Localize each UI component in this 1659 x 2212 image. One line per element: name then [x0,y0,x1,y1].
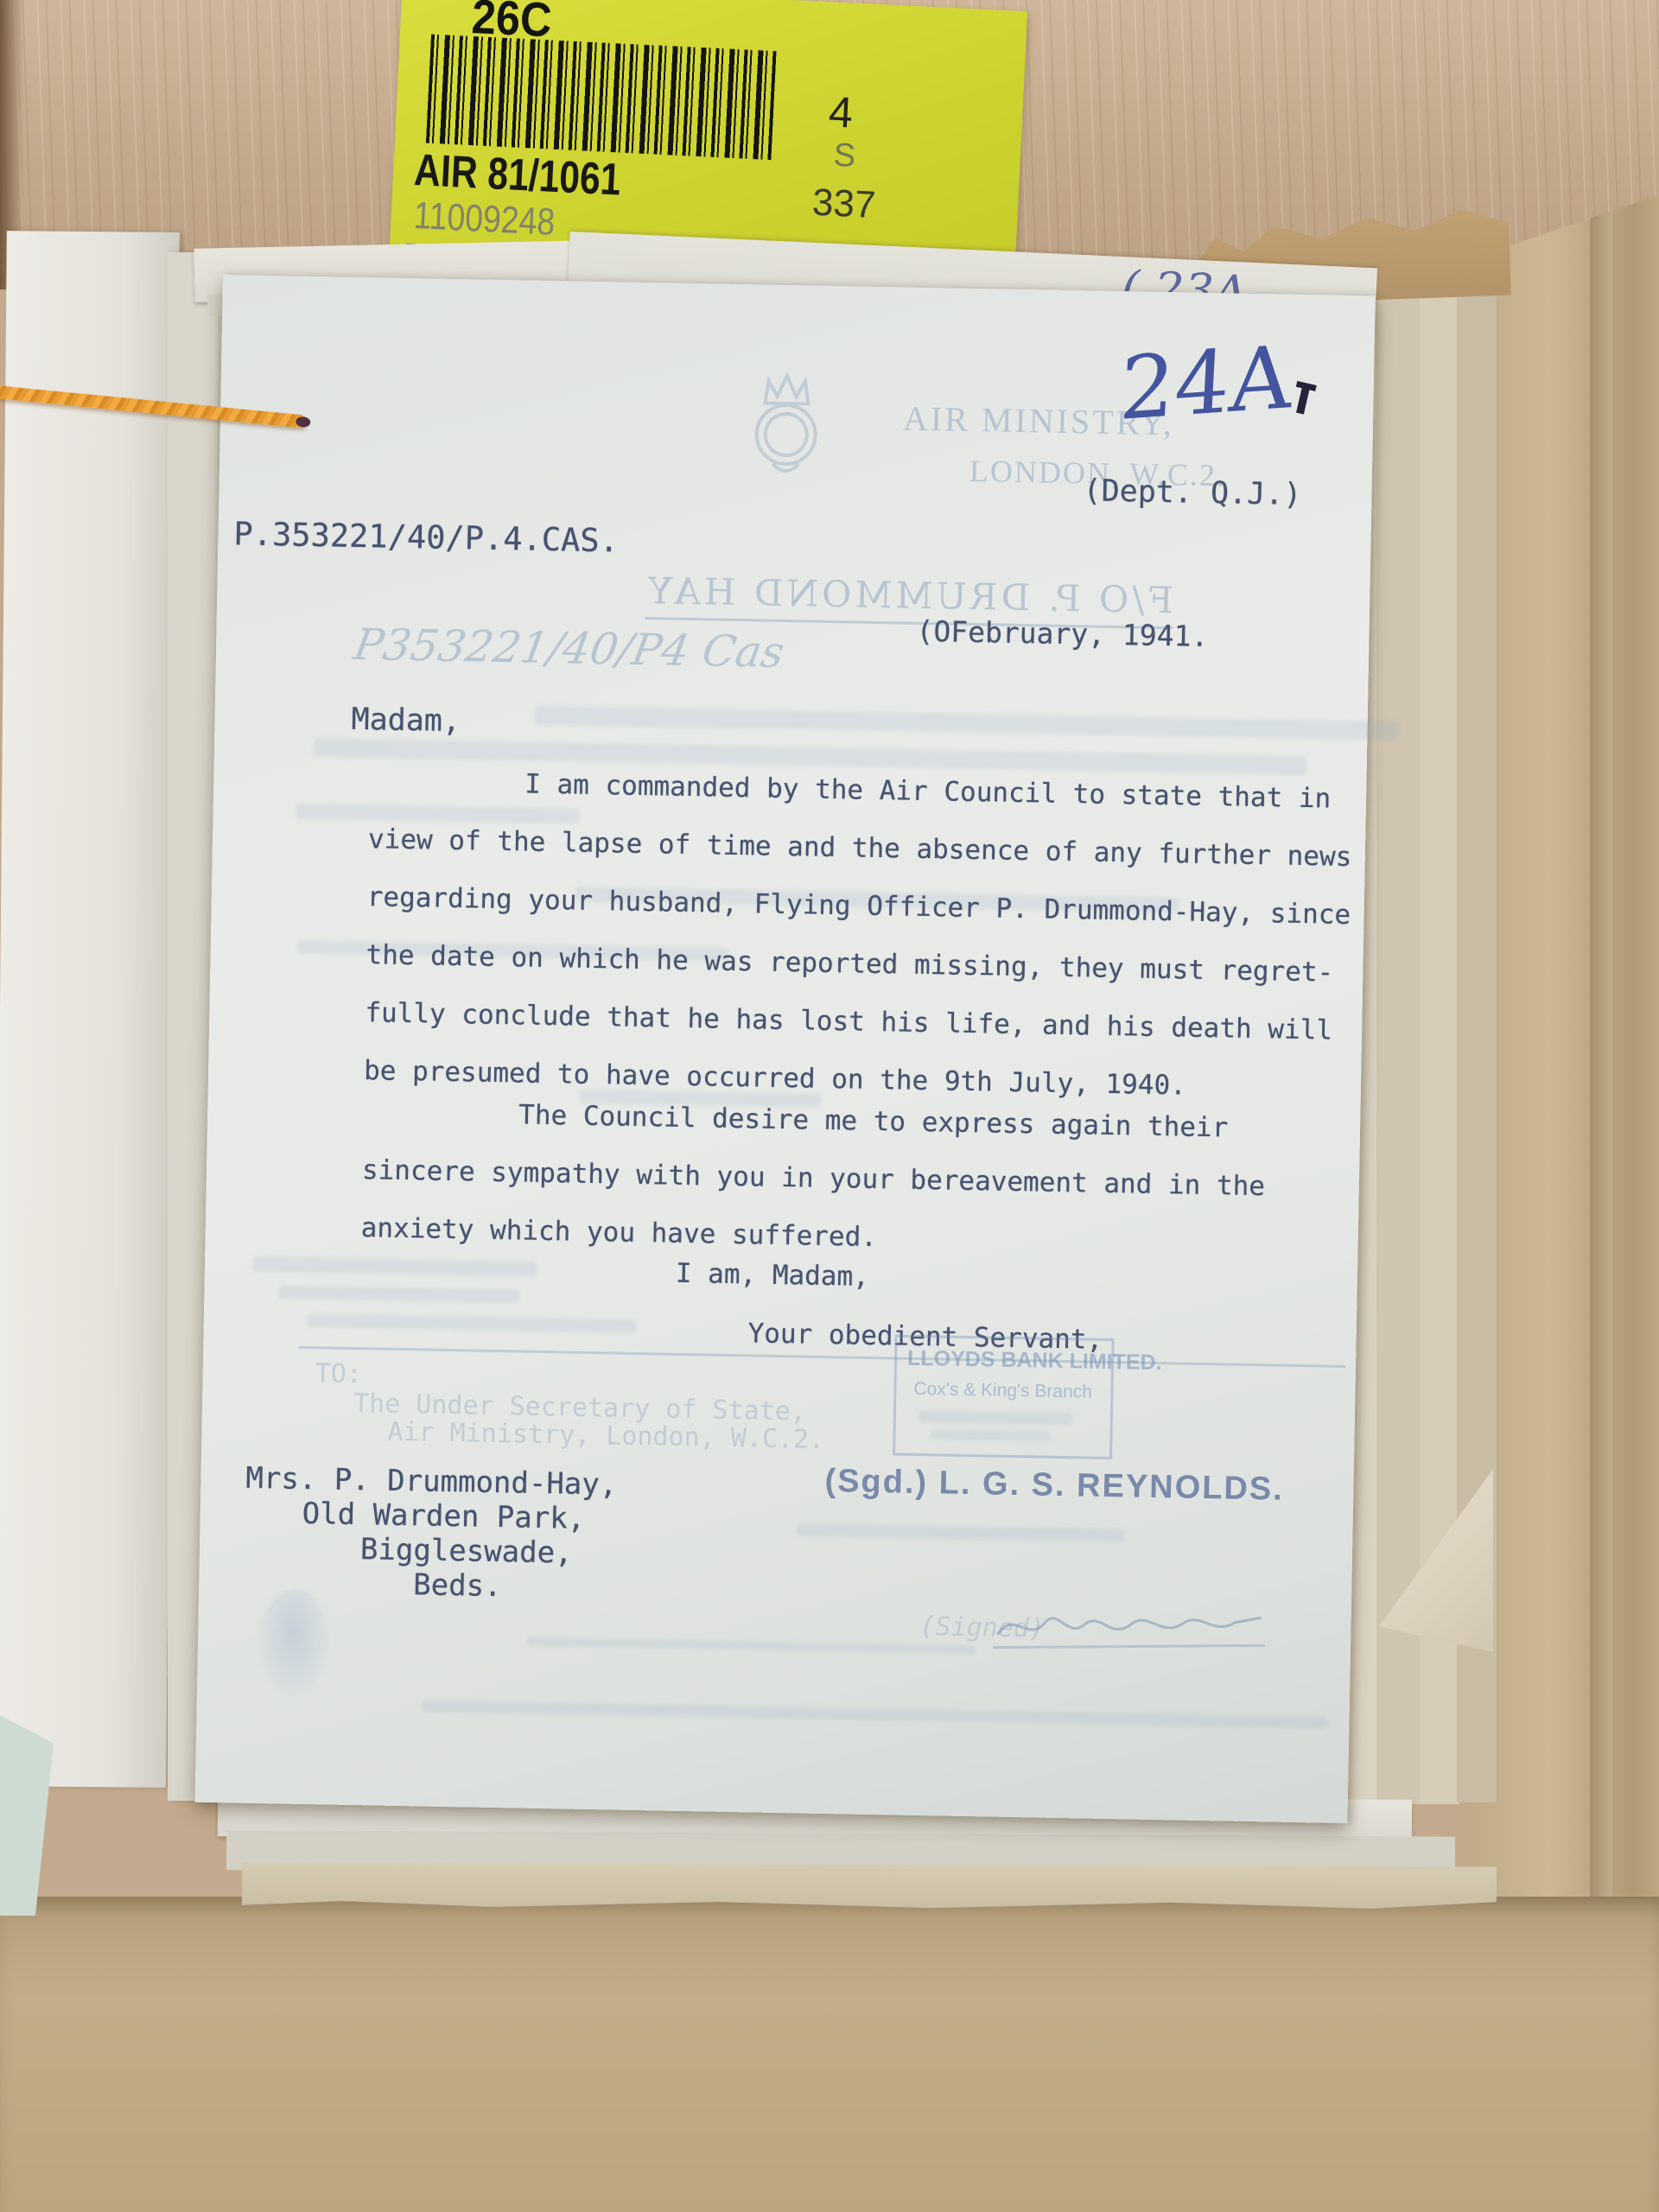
showthrough-text-bar [252,1256,537,1277]
body-line: anxiety which you have suffered. [360,1212,877,1253]
showthrough-text-bar [308,1313,636,1333]
recipient-line: Mrs. P. Drummond-Hay, [245,1461,618,1503]
body-line: I am commanded by the Air Council to sta… [524,769,1332,815]
label-side-count: 337 [811,181,877,227]
showthrough-text-bar [918,1410,1073,1425]
showthrough-text-bar [930,1429,1051,1442]
bottom-sheet-edge [242,1862,1497,1911]
bank-stamp-line: Cox's & King's Branch [913,1379,1092,1403]
showthrough-handwritten-reference: P353221/40/P4 Cas [351,620,788,677]
body-line: view of the lapse of time and the absenc… [368,823,1352,873]
recipient-line: Old Warden Park, [302,1497,585,1536]
bank-stamp: LLOYDS BANK LIMITED. Cox's & King's Bran… [893,1334,1115,1459]
closing-line: I am, Madam, [676,1258,870,1293]
ink-pin-mark [1296,385,1310,414]
body-line: sincere sympathy with you in your bereav… [362,1154,1266,1202]
archive-photo: 26C 4 S 337 AIR 81/1061 11009248 Return … [0,0,1659,2212]
teal-paper-corner [0,1715,54,1916]
folio-number-annotation: 24A [1117,327,1294,440]
showthrough-to-label: TO: [315,1358,362,1389]
label-side-letter: S [833,137,856,175]
bank-stamp-line: LLOYDS BANK LIMITED. [907,1346,1162,1376]
showthrough-signature-squiggle [993,1596,1270,1662]
showthrough-text-bar [277,1285,519,1303]
showthrough-text-bar [422,1700,1329,1728]
recipient-line: Biggleswade, [360,1532,573,1570]
body-line: the date on which he was reported missin… [365,939,1333,988]
showthrough-text-bar [796,1522,1124,1542]
body-line: regarding your husband, Flying Officer P… [367,881,1351,931]
barcode [426,35,777,160]
showthrough-text-bar [314,738,1307,775]
letter-date: (OFebruary, 1941. [916,614,1208,653]
showthrough-crest-blob [257,1589,330,1695]
label-side-number: 4 [828,86,855,137]
letter-page: AIR MINISTRY, LONDON, W.C.2. F/O P. DRUM… [195,275,1376,1823]
letter-reference: P.353221/40/P.4.CAS. [233,515,619,559]
body-line: fully conclude that he has lost his life… [365,997,1332,1046]
folder-cover-bottom [0,1897,1659,2212]
salutation: Madam, [351,702,461,739]
showthrough-text-bar [535,706,1399,741]
dept-line: (Dept. Q.J.) [1083,474,1302,512]
signature-line: (Sgd.) L. G. S. REYNOLDS. [824,1463,1284,1509]
body-line: The Council desire me to express again t… [518,1099,1229,1143]
showthrough-text-bar [295,804,580,824]
left-paper-sheet [0,231,180,1788]
showthrough-text-bar [526,1637,976,1655]
royal-crest-watermark [738,358,836,489]
right-paper-edge [1376,259,1423,1804]
recipient-line: Beds. [413,1567,502,1604]
